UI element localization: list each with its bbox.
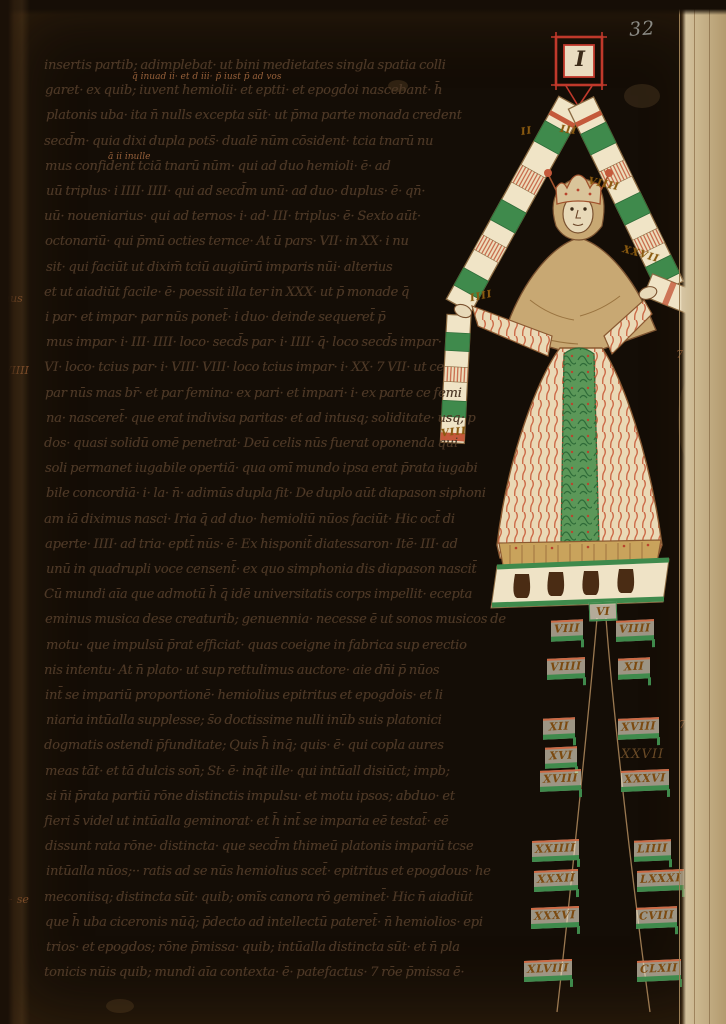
- manuscript-line: et ut aiadiūt facile· ē· poessit illa te…: [44, 285, 468, 309]
- manuscript-line: tonicis nūis quib; mundi aīa contexta· ē…: [44, 965, 468, 989]
- manuscript-line: dissunt rata rōne· distincta· que secd̄m…: [45, 839, 469, 863]
- diagram-number-right: CLXII: [637, 959, 681, 982]
- manuscript-line: uū triplus· i IIII· IIII· qui ad secd̄m …: [46, 184, 470, 208]
- manuscript-page: 32 I VI q̄ inuad ii· et d iii· p̄ iust p…: [0, 0, 726, 1024]
- diagram-number-right: CVIII: [636, 906, 677, 929]
- diagram-number-right: XVIII: [618, 717, 659, 740]
- diagram-number-left: XXIIII: [532, 839, 579, 862]
- diagram-number-right: VIIII: [616, 619, 654, 642]
- diagram-number-left: XVIII: [540, 769, 581, 792]
- diagram-number-left: XXXII: [534, 869, 578, 892]
- apex-monad-label: I: [571, 46, 589, 71]
- manuscript-line: na· nasceret̄· que erat indivisa paritas…: [46, 411, 470, 435]
- binding-edge: [0, 0, 30, 1024]
- page-top-edge: [0, 0, 726, 15]
- lambda-arm-number: XXVII: [621, 244, 660, 265]
- manuscript-line: si n̄i p̄rata partiū rōne distinctis imp…: [46, 789, 470, 813]
- manuscript-line: trios· et epogdos; rōne p̄missa· quib; i…: [46, 940, 470, 964]
- manuscript-line: meconiisq; distincta sūt· quib; omīs can…: [44, 890, 468, 914]
- diagram-number-left: VIIII: [547, 657, 585, 680]
- diagram-number-left: XII: [543, 717, 575, 739]
- manuscript-line: i par· et impar· par nūs ponet̄· i duo· …: [45, 310, 469, 334]
- diagram-number-left: XVI: [545, 746, 577, 768]
- diagram-number-right: XII: [618, 657, 650, 679]
- manuscript-line: dogmatis ostendi p̄funditate; Quis h̄ in…: [44, 738, 468, 762]
- lambda-arm-number: IIII: [469, 289, 494, 304]
- manuscript-line: que h̄ uba ciceronis nūq̄; p̄decto ad in…: [45, 915, 469, 939]
- manuscript-line: mus confident̄ tciā tnarū nūm· qui ad du…: [45, 159, 469, 183]
- diagram-number-left: VIII: [551, 619, 583, 641]
- diagram-number-right: XXVII: [621, 747, 664, 762]
- manuscript-line: sit· qui faciūt ut dixim̄ tciū augiūrū i…: [46, 260, 470, 284]
- diagram-number-left: XLVIII: [524, 959, 572, 982]
- lambda-arm-number: II: [520, 125, 533, 138]
- manuscript-line: VI· loco· tcius par· i· VIII· VIII· loco…: [44, 360, 468, 384]
- manuscript-line: fieri s̄ videl ut intūalla geminorat· et…: [44, 814, 468, 838]
- manuscript-line: unū in quadrupli voce censent̄· ex quo s…: [46, 562, 470, 586]
- manuscript-line: Cū mundi aīa que admotū h̄ q̄ idē univer…: [44, 587, 468, 611]
- diagram-number-right: XXXVI: [621, 769, 669, 792]
- manuscript-line: mus impar· i· III· IIII· loco· secd̄s pa…: [46, 335, 470, 359]
- manuscript-line: insertis partib; adimplebat· ut bini med…: [44, 58, 468, 82]
- manuscript-line: bile concordiā· i· la· n̄· adimūs dupla …: [46, 486, 470, 510]
- manuscript-line: platonis uba· ita n̄ nulls excepta sūt· …: [46, 108, 470, 132]
- manuscript-line: soli permanet iugabile opertiā· qua omī …: [45, 461, 469, 485]
- manuscript-line: dos· quasi solidū omē penetrat· Deū celi…: [44, 436, 468, 460]
- page-edge-stack: [679, 0, 726, 1024]
- diagram-number-right: LXXXI: [637, 869, 684, 892]
- diagram-number-right: LIIII: [634, 839, 671, 862]
- page-number: 32: [628, 17, 656, 41]
- manuscript-line: par nūs mas br̄· et par femina· ex pari·…: [45, 386, 469, 410]
- manuscript-line: meas tāt· et tā dulcis son̄; St· ē· inq̄…: [45, 764, 469, 788]
- manuscript-line: eminus musica dese creaturib; genuennia·…: [45, 612, 469, 636]
- diagram-number-left: XXXVI: [531, 906, 579, 929]
- text-block: insertis partib; adimplebat· ut bini med…: [0, 0, 726, 1024]
- manuscript-line: niaria intūalla supplesse; s̄o doctissim…: [46, 713, 470, 737]
- manuscript-line: int̄ se impariū proportionē· hemiolius e…: [45, 688, 469, 712]
- manuscript-line: nis intentu· At n̄ plato· ut sup rettuli…: [44, 663, 468, 687]
- lambda-arm-number: VIIII: [587, 176, 620, 193]
- manuscript-line: aperte· IIII· ad tria· eptt̄ nūs· ē· Ex …: [45, 537, 469, 561]
- platform-number-label: VI: [589, 602, 617, 622]
- manuscript-line: motu· que impulsū p̄rat efficiat· quas c…: [46, 638, 470, 662]
- manuscript-line: secd̄m· quia dixi dupla pots̄· dualē nūm…: [44, 134, 468, 158]
- manuscript-line: uū· noueniarius· qui ad ternos· i· ad· I…: [44, 209, 468, 233]
- manuscript-line: octonariū· qui p̄mū octies ternce· At ū …: [45, 234, 469, 258]
- manuscript-line: am iā diximus nasci· Iria q̄ ad duo· hem…: [44, 512, 468, 536]
- lambda-arm-number: III: [559, 124, 577, 137]
- manuscript-line: garet· ex quib; iuvent hemiolii· et eptt…: [45, 83, 469, 107]
- manuscript-line: intūalla nūos;·· ratis ad se nūs hemioli…: [46, 864, 470, 888]
